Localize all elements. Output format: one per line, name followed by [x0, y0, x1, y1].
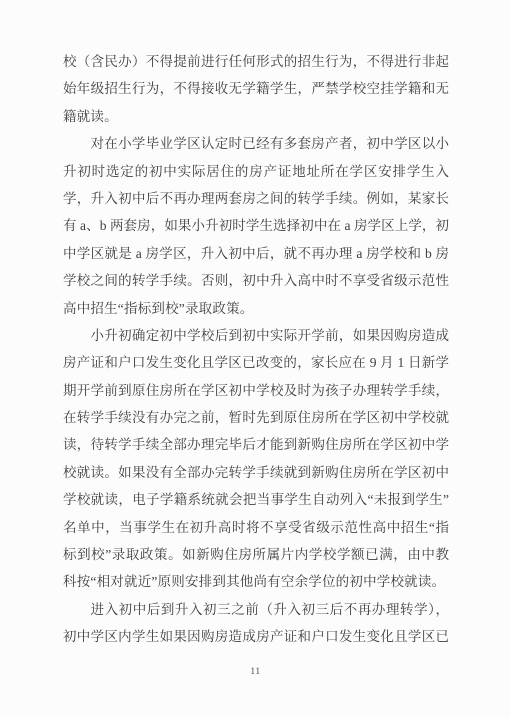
- text-line: 学校就读，电子学籍系统就会把当事学生自动列入“未报到学生”: [63, 486, 449, 513]
- text-line: 高中招生“指标到校”录取政策。: [63, 295, 449, 322]
- text-line: 学校之间的转学手续。否则，初中升入高中时不享受省级示范性: [63, 267, 449, 294]
- document-body: 校（含民办）不得提前进行任何形式的招生行为，不得进行非起始年级招生行为，不得接收…: [63, 48, 449, 651]
- text-line: 初中学区内学生如果因购房造成房产证和户口发生变化且学区已: [63, 623, 449, 650]
- text-line: 期开学前到原住房所在学区初中学校及时为孩子办理转学手续，: [63, 377, 449, 404]
- text-line: 科按“相对就近”原则安排到其他尚有空余学位的初中学校就读。: [63, 568, 449, 595]
- text-line: 籍就读。: [63, 103, 449, 130]
- text-line: 在转学手续没有办完之前，暂时先到原住房所在学区初中学校就: [63, 404, 449, 431]
- text-line: 名单中，当事学生在初升高时将不享受省级示范性高中招生“指: [63, 514, 449, 541]
- text-line: 升初时选定的初中实际居住的房产证地址所在学区安排学生入: [63, 158, 449, 185]
- document-page: 校（含民办）不得提前进行任何形式的招生行为，不得进行非起始年级招生行为，不得接收…: [0, 0, 511, 719]
- text-line: 中学区就是 a 房学区，升入初中后，就不再办理 a 房学校和 b 房: [63, 240, 449, 267]
- text-line: 始年级招生行为，不得接收无学籍学生，严禁学校空挂学籍和无: [63, 75, 449, 102]
- text-line: 校（含民办）不得提前进行任何形式的招生行为，不得进行非起: [63, 48, 449, 75]
- text-line: 对在小学毕业学区认定时已经有多套房产者，初中学区以小: [63, 130, 449, 157]
- text-line: 校就读。如果没有全部办完转学手续就到新购住房所在学区初中: [63, 459, 449, 486]
- text-line: 有 a、b 两套房，如果小升初时学生选择初中在 a 房学区上学，初: [63, 212, 449, 239]
- text-line: 房产证和户口发生变化且学区已改变的，家长应在 9 月 1 日新学: [63, 349, 449, 376]
- text-line: 进入初中后到升入初三之前（升入初三后不再办理转学），: [63, 596, 449, 623]
- text-line: 小升初确定初中学校后到初中实际开学前，如果因购房造成: [63, 322, 449, 349]
- text-line: 读，待转学手续全部办理完毕后才能到新购住房所在学区初中学: [63, 431, 449, 458]
- page-number: 11: [0, 667, 511, 677]
- text-line: 标到校”录取政策。如新购住房所属片内学校学额已满，由中教: [63, 541, 449, 568]
- text-line: 学，升入初中后不再办理两套房之间的转学手续。例如，某家长: [63, 185, 449, 212]
